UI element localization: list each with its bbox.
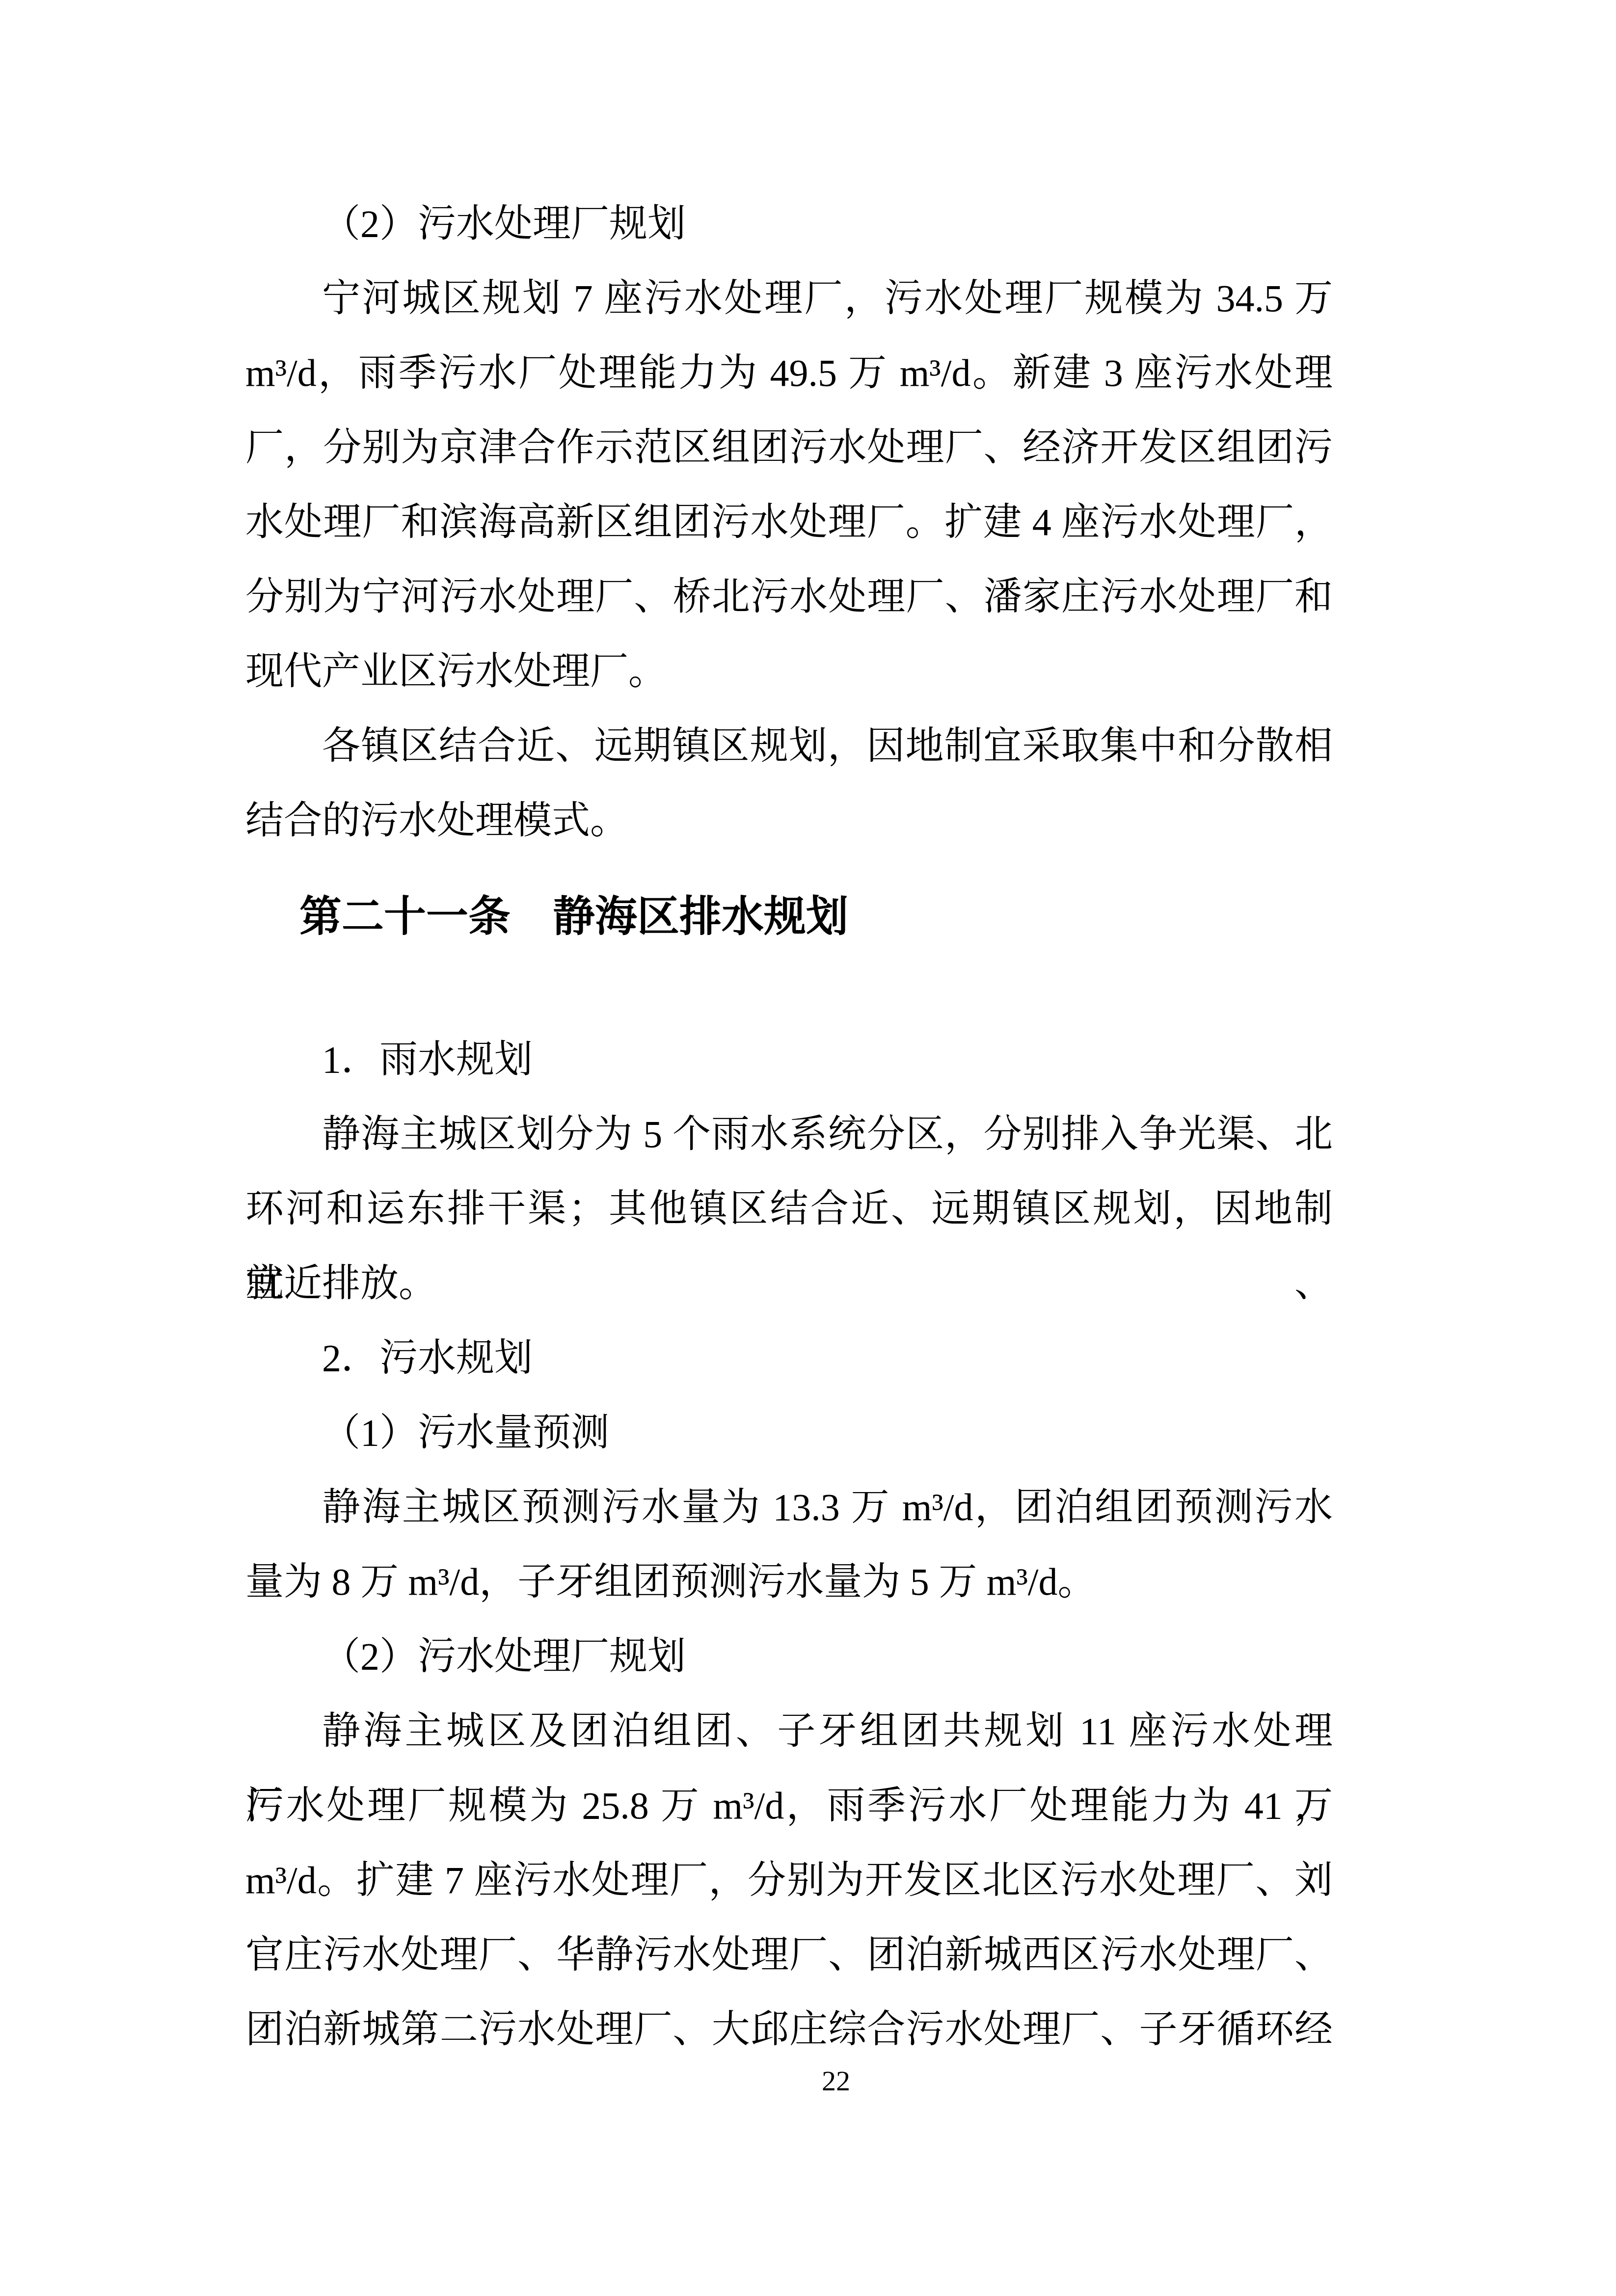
paragraph-line: 官庄污水处理厂、华静污水处理厂、团泊新城西区污水处理厂、 (245, 1918, 1333, 1992)
paragraph-line: （2）污水处理厂规划 (245, 1619, 1333, 1694)
paragraph-line: 量为 8 万 m³/d，子牙组团预测污水量为 5 万 m³/d。 (245, 1545, 1333, 1619)
paragraph-line: 污水处理厂规模为 25.8 万 m³/d，雨季污水厂处理能力为 41 万 (245, 1768, 1333, 1843)
paragraph-line: （1）污水量预测 (245, 1395, 1333, 1470)
paragraph-line: 结合的污水处理模式。 (245, 783, 1333, 858)
paragraph-line: 静海主城区预测污水量为 13.3 万 m³/d，团泊组团预测污水 (245, 1470, 1333, 1545)
page-number: 22 (822, 2061, 850, 2101)
document-page: （2）污水处理厂规划 宁河城区规划 7 座污水处理厂，污水处理厂规模为 34.5… (0, 0, 1616, 2296)
paragraph-line: m³/d，雨季污水厂处理能力为 49.5 万 m³/d。新建 3 座污水处理 (245, 336, 1333, 410)
article-heading: 第二十一条 静海区排水规划 (299, 878, 1333, 956)
paragraph-line: 宁河城区规划 7 座污水处理厂，污水处理厂规模为 34.5 万 (245, 261, 1333, 336)
paragraph-line: 1．雨水规划 (245, 1022, 1333, 1097)
paragraph-line: 静海主城区划分为 5 个雨水系统分区，分别排入争光渠、北 (245, 1097, 1333, 1172)
paragraph-line: （2）污水处理厂规划 (245, 187, 1333, 261)
paragraph-line: 环河和运东排干渠；其他镇区结合近、远期镇区规划，因地制宜、 (245, 1172, 1333, 1246)
paragraph-line: 厂，分别为京津合作示范区组团污水处理厂、经济开发区组团污 (245, 410, 1333, 485)
paragraph-line: 各镇区结合近、远期镇区规划，因地制宜采取集中和分散相 (245, 709, 1333, 783)
document-body: （2）污水处理厂规划 宁河城区规划 7 座污水处理厂，污水处理厂规模为 34.5… (245, 187, 1333, 2067)
paragraph-line: 静海主城区及团泊组团、子牙组团共规划 11 座污水处理厂， (245, 1694, 1333, 1768)
paragraph-line: 现代产业区污水处理厂。 (245, 634, 1333, 709)
paragraph-line: m³/d。扩建 7 座污水处理厂，分别为开发区北区污水处理厂、刘 (245, 1843, 1333, 1918)
paragraph-line: 水处理厂和滨海高新区组团污水处理厂。扩建 4 座污水处理厂， (245, 485, 1333, 560)
paragraph-line: 分别为宁河污水处理厂、桥北污水处理厂、潘家庄污水处理厂和 (245, 560, 1333, 634)
paragraph-line: 2．污水规划 (245, 1321, 1333, 1395)
paragraph-line: 团泊新城第二污水处理厂、大邱庄综合污水处理厂、子牙循环经 (245, 1992, 1333, 2067)
